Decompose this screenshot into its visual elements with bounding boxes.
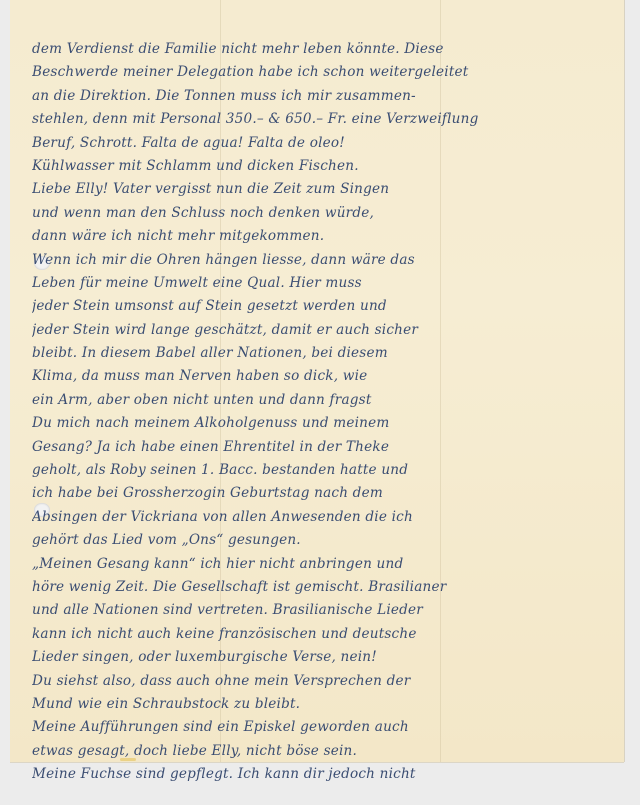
text-line: an die Direktion. Die Tonnen muss ich mi…	[32, 85, 612, 108]
text-line: Absingen der Vickriana von allen Anwesen…	[32, 506, 612, 529]
text-line: gehört das Lied vom „Ons“ gesungen.	[32, 529, 612, 552]
text-line: „Meinen Gesang kann“ ich hier nicht anbr…	[32, 553, 612, 576]
text-line: Wenn ich mir die Ohren hängen liesse, da…	[32, 249, 612, 272]
text-line: geholt, als Roby seinen 1. Bacc. bestand…	[32, 459, 612, 482]
text-line: stehlen, denn mit Personal 350.– & 650.–…	[32, 108, 612, 131]
text-line: Du mich nach meinem Alkoholgenuss und me…	[32, 412, 612, 435]
text-line: Beruf, Schrott. Falta de agua! Falta de …	[32, 132, 612, 155]
text-line: Meine Fuchse sind gepflegt. Ich kann dir…	[32, 763, 612, 786]
text-line: ein Arm, aber oben nicht unten und dann …	[32, 389, 612, 412]
text-line: jeder Stein umsonst auf Stein gesetzt we…	[32, 295, 612, 318]
text-line: Liebe Elly! Vater vergisst nun die Zeit …	[32, 178, 612, 201]
text-line: Lieder singen, oder luxemburgische Verse…	[32, 646, 612, 669]
text-line: bleibt. In diesem Babel aller Nationen, …	[32, 342, 612, 365]
text-line: Leben für meine Umwelt eine Qual. Hier m…	[32, 272, 612, 295]
text-line: Gesang? Ja ich habe einen Ehrentitel in …	[32, 436, 612, 459]
text-line: Beschwerde meiner Delegation habe ich sc…	[32, 61, 612, 84]
text-line: Du siehst also, dass auch ohne mein Vers…	[32, 670, 612, 693]
letter-page: dem Verdienst die Familie nicht mehr leb…	[10, 0, 624, 762]
text-line: Mund wie ein Schraubstock zu bleibt.	[32, 693, 612, 716]
text-line: etwas gesagt, doch liebe Elly, nicht bös…	[32, 740, 612, 763]
text-line: höre wenig Zeit. Die Gesellschaft ist ge…	[32, 576, 612, 599]
handwritten-text: dem Verdienst die Familie nicht mehr leb…	[32, 38, 612, 787]
text-line: dann wäre ich nicht mehr mitgekommen.	[32, 225, 612, 248]
text-line: Klima, da muss man Nerven haben so dick,…	[32, 365, 612, 388]
text-line: kann ich nicht auch keine französischen …	[32, 623, 612, 646]
text-line: ich habe bei Grossherzogin Geburtstag na…	[32, 482, 612, 505]
text-line: Kühlwasser mit Schlamm und dicken Fische…	[32, 155, 612, 178]
text-line: und alle Nationen sind vertreten. Brasil…	[32, 599, 612, 622]
text-line: Meine Aufführungen sind ein Episkel gewo…	[32, 716, 612, 739]
text-line: jeder Stein wird lange geschätzt, damit …	[32, 319, 612, 342]
text-line: dem Verdienst die Familie nicht mehr leb…	[32, 38, 612, 61]
text-line: und wenn man den Schluss noch denken wür…	[32, 202, 612, 225]
